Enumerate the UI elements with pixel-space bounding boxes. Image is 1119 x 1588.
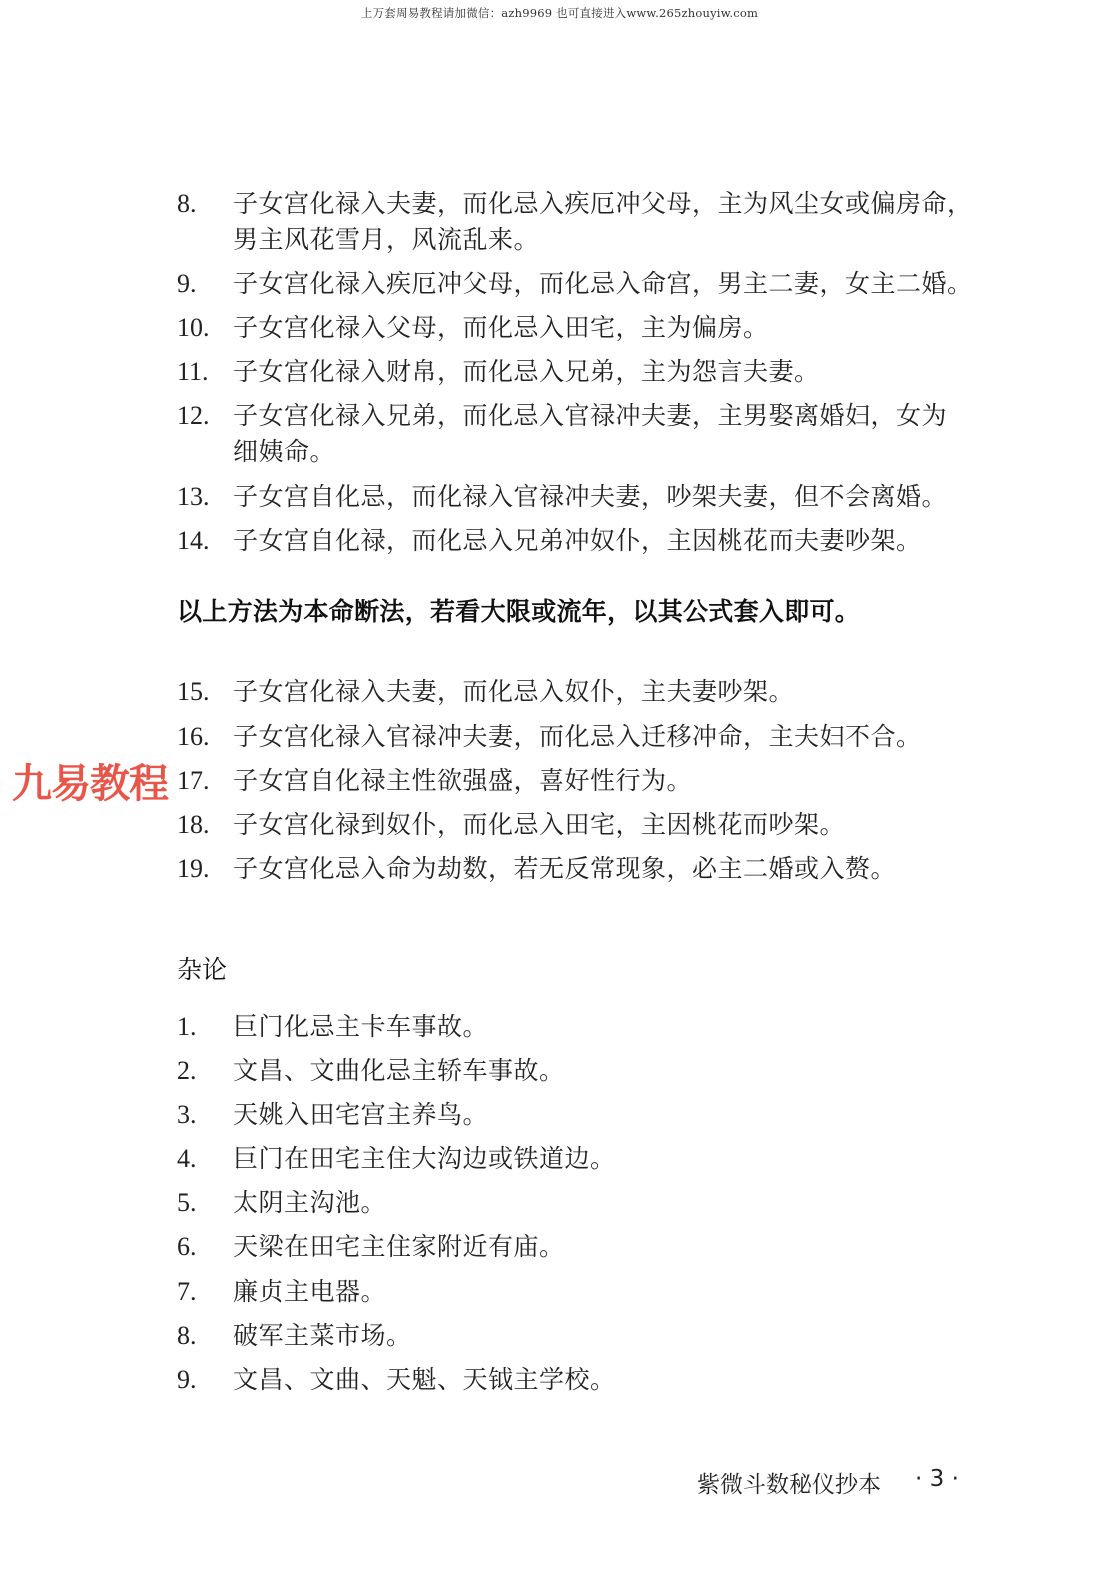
list-item: 10. 子女宫化禄入父母，而化忌入田宅，主为偏房。 [177,310,1017,346]
watermark-logo: 九易教程 [10,760,170,808]
item-text: 子女宫化禄入财帛，而化忌入兄弟，主为怨言夫妻。 [233,354,1017,390]
item-number: 17. [177,763,233,799]
top-banner: 上万套周易教程请加微信：azh9969 也可直接进入www.265zhouyiw… [0,5,1119,21]
list-item: 14. 子女宫自化禄，而化忌入兄弟冲奴仆，主因桃花而夫妻吵架。 [177,523,1017,559]
item-number: 4. [177,1141,233,1177]
item-line: 子女宫化禄入夫妻，而化忌入疾厄冲父母，主为风尘女或偏房命， [233,186,1017,222]
book-title: 紫微斗数秘仪抄本 [697,1466,881,1499]
item-text: 子女宫化禄入夫妻，而化忌入疾厄冲父母，主为风尘女或偏房命， 男主风花雪月，风流乱… [233,186,1017,258]
page-footer: 紫微斗数秘仪抄本 · 3 · [697,1466,959,1499]
item-text: 天梁在田宅主住家附近有庙。 [233,1229,1017,1265]
list-item: 8. 子女宫化禄入夫妻，而化忌入疾厄冲父母，主为风尘女或偏房命， 男主风花雪月，… [177,186,1017,258]
item-text: 文昌、文曲、天魁、天钺主学校。 [233,1362,1017,1398]
item-number: 8. [177,186,233,258]
item-number: 12. [177,398,233,470]
item-number: 2. [177,1053,233,1089]
item-text: 子女宫化禄入兄弟，而化忌入官禄冲夫妻，主男娶离婚妇，女为 细姨命。 [233,398,1017,470]
list-item: 17. 子女宫自化禄主性欲强盛，喜好性行为。 [177,763,1017,799]
list-item: 6. 天梁在田宅主住家附近有庙。 [177,1229,1017,1265]
item-text: 子女宫化禄入疾厄冲父母，而化忌入命宫，男主二妻，女主二婚。 [233,266,1017,302]
item-number: 3. [177,1097,233,1133]
item-text: 子女宫自化忌，而化禄入官禄冲夫妻，吵架夫妻，但不会离婚。 [233,479,1017,515]
item-text: 子女宫自化禄，而化忌入兄弟冲奴仆，主因桃花而夫妻吵架。 [233,523,1017,559]
list-item: 11. 子女宫化禄入财帛，而化忌入兄弟，主为怨言夫妻。 [177,354,1017,390]
item-number: 8. [177,1318,233,1354]
item-text: 破军主菜市场。 [233,1318,1017,1354]
item-text: 子女宫化忌入命为劫数，若无反常现象，必主二婚或入赘。 [233,851,1017,887]
item-line: 子女宫化禄入兄弟，而化忌入官禄冲夫妻，主男娶离婚妇，女为 [233,398,1017,434]
item-text: 太阴主沟池。 [233,1185,1017,1221]
list-item: 13. 子女宫自化忌，而化禄入官禄冲夫妻，吵架夫妻，但不会离婚。 [177,479,1017,515]
list-item: 2. 文昌、文曲化忌主轿车事故。 [177,1053,1017,1089]
list-item: 9. 子女宫化禄入疾厄冲父母，而化忌入命宫，男主二妻，女主二婚。 [177,266,1017,302]
list-item: 3. 天姚入田宅宫主养鸟。 [177,1097,1017,1133]
item-text: 子女宫化禄入夫妻，而化忌入奴仆，主夫妻吵架。 [233,674,1017,710]
item-number: 11. [177,354,233,390]
list-item: 9. 文昌、文曲、天魁、天钺主学校。 [177,1362,1017,1398]
item-text: 子女宫化禄入父母，而化忌入田宅，主为偏房。 [233,310,1017,346]
item-line: 男主风花雪月，风流乱来。 [233,222,1017,258]
list-item: 15. 子女宫化禄入夫妻，而化忌入奴仆，主夫妻吵架。 [177,674,1017,710]
list-item: 8. 破军主菜市场。 [177,1318,1017,1354]
item-number: 18. [177,807,233,843]
item-text: 廉贞主电器。 [233,1274,1017,1310]
item-number: 9. [177,266,233,302]
list-item: 4. 巨门在田宅主住大沟边或铁道边。 [177,1141,1017,1177]
item-number: 15. [177,674,233,710]
list-item: 1. 巨门化忌主卡车事故。 [177,1009,1017,1045]
list-item: 12. 子女宫化禄入兄弟，而化忌入官禄冲夫妻，主男娶离婚妇，女为 细姨命。 [177,398,1017,470]
item-text: 子女宫化禄入官禄冲夫妻，而化忌入迁移冲命，主夫妇不合。 [233,719,1017,755]
page-number: · 3 · [915,1466,959,1499]
item-text: 天姚入田宅宫主养鸟。 [233,1097,1017,1133]
item-number: 1. [177,1009,233,1045]
item-number: 5. [177,1185,233,1221]
item-number: 9. [177,1362,233,1398]
item-text: 子女宫化禄到奴仆，而化忌入田宅，主因桃花而吵架。 [233,807,1017,843]
list-item: 16. 子女宫化禄入官禄冲夫妻，而化忌入迁移冲命，主夫妇不合。 [177,719,1017,755]
item-number: 14. [177,523,233,559]
section-heading-misc: 杂论 [177,952,227,988]
method-note: 以上方法为本命断法，若看大限或流年，以其公式套入即可。 [177,594,860,630]
list-item: 19. 子女宫化忌入命为劫数，若无反常现象，必主二婚或入赘。 [177,851,1017,887]
list-item: 7. 廉贞主电器。 [177,1274,1017,1310]
item-number: 10. [177,310,233,346]
item-number: 7. [177,1274,233,1310]
item-number: 16. [177,719,233,755]
item-line: 细姨命。 [233,434,1017,470]
item-number: 19. [177,851,233,887]
item-text: 巨门化忌主卡车事故。 [233,1009,1017,1045]
item-text: 文昌、文曲化忌主轿车事故。 [233,1053,1017,1089]
item-text: 子女宫自化禄主性欲强盛，喜好性行为。 [233,763,1017,799]
list-item: 18. 子女宫化禄到奴仆，而化忌入田宅，主因桃花而吵架。 [177,807,1017,843]
item-number: 13. [177,479,233,515]
item-text: 巨门在田宅主住大沟边或铁道边。 [233,1141,1017,1177]
item-number: 6. [177,1229,233,1265]
list-item: 5. 太阴主沟池。 [177,1185,1017,1221]
